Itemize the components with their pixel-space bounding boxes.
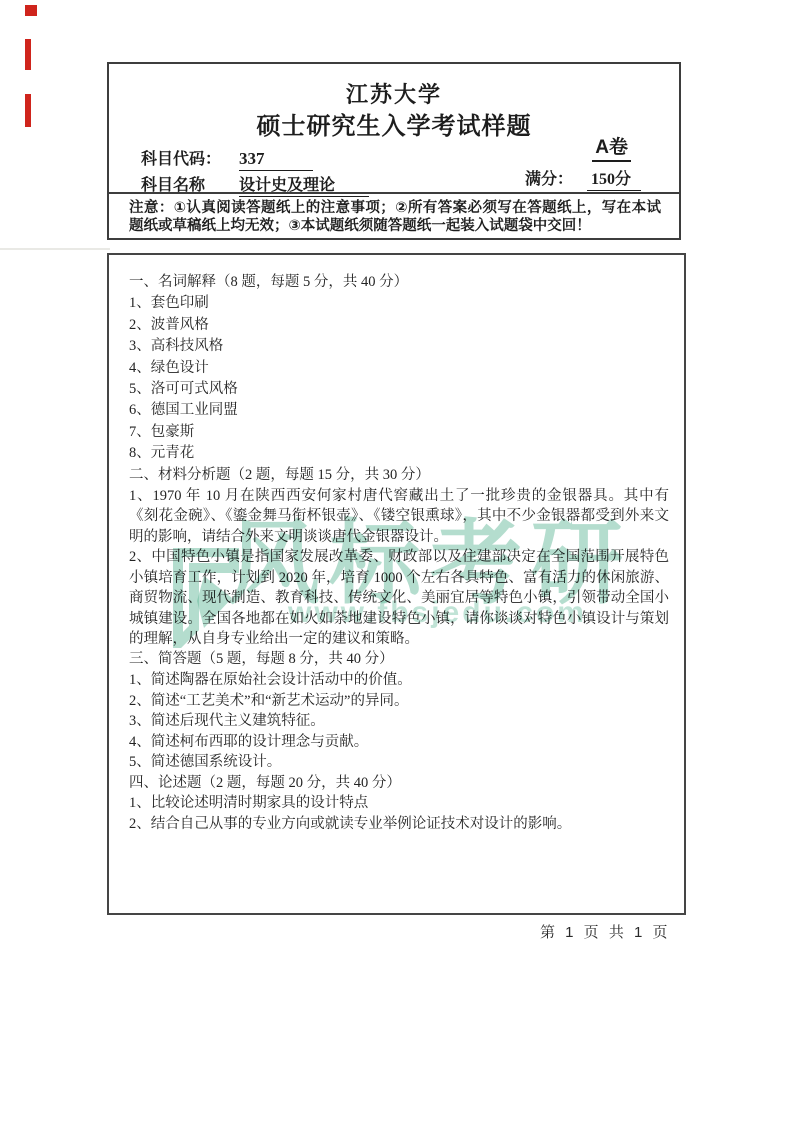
exam-header-box: 江苏大学 硕士研究生入学考试样题 A卷 科目代码：337 科目名称设计史及理论 …: [107, 62, 681, 240]
section-title: 一、名词解释（8 题，每题 5 分，共 40 分）: [129, 272, 669, 293]
question-item: 2、中国特色小镇是指国家发展改革委、财政部以及住建部决定在全国范围开展特色小镇培…: [129, 547, 669, 649]
question-content: 一、名词解释（8 题，每题 5 分，共 40 分） 1、套色印刷 2、波普风格 …: [109, 255, 684, 835]
question-item: 1、比较论述明清时期家具的设计特点: [129, 793, 669, 814]
section-title: 二、材料分析题（2 题，每题 15 分，共 30 分）: [129, 465, 669, 486]
question-item: 2、结合自己从事的专业方向或就读专业举例论证技术对设计的影响。: [129, 814, 669, 835]
question-item: 1、1970 年 10 月在陕西西安何家村唐代窖藏出土了一批珍贵的金银器具。其中…: [129, 486, 669, 547]
question-item: 1、简述陶器在原始社会设计活动中的价值。: [129, 670, 669, 691]
section-title: 四、论述题（2 题，每题 20 分，共 40 分）: [129, 773, 669, 794]
scan-artifact-red-bar-2: [25, 94, 31, 127]
question-item: 4、绿色设计: [129, 358, 669, 379]
scan-artifact-red-square: [25, 5, 37, 16]
paper-variant-badge: A卷: [592, 132, 631, 162]
full-score-row: 满分：150分: [525, 166, 641, 191]
exam-paper-page: 江苏大学 硕士研究生入学考试样题 A卷 科目代码：337 科目名称设计史及理论 …: [0, 0, 793, 1122]
question-item: 3、简述后现代主义建筑特征。: [129, 711, 669, 732]
question-item: 3、高科技风格: [129, 336, 669, 357]
subject-code-row: 科目代码：337: [141, 146, 313, 171]
section-title: 三、简答题（5 题，每题 8 分，共 40 分）: [129, 649, 669, 670]
subject-code-value: 337: [239, 149, 313, 171]
header-divider: [107, 192, 681, 194]
scan-artifact-gray-line: [0, 248, 110, 250]
scan-artifact-red-bar-1: [25, 39, 31, 70]
question-item: 6、德国工业同盟: [129, 400, 669, 421]
question-item: 5、洛可可式风格: [129, 379, 669, 400]
question-item: 2、波普风格: [129, 315, 669, 336]
subject-code-label: 科目代码：: [141, 146, 221, 169]
question-item: 2、简述“工艺美术”和“新艺术运动”的异同。: [129, 691, 669, 712]
question-item: 7、包豪斯: [129, 422, 669, 443]
question-item: 1、套色印刷: [129, 293, 669, 314]
question-item: 8、元青花: [129, 443, 669, 464]
question-item: 4、简述柯布西耶的设计理念与贡献。: [129, 732, 669, 753]
question-item: 5、简述德国系统设计。: [129, 752, 669, 773]
full-score-value: 150分: [587, 166, 641, 191]
full-score-label: 满分：: [525, 171, 573, 188]
notice-text: 注意：①认真阅读答题纸上的注意事项；②所有答案必须写在答题纸上，写在本试题纸或草…: [129, 200, 661, 235]
university-title: 江苏大学: [109, 78, 679, 109]
page-number-footer: 第 1 页 共 1 页: [540, 921, 671, 942]
question-body-box: 一、名词解释（8 题，每题 5 分，共 40 分） 1、套色印刷 2、波普风格 …: [107, 253, 686, 915]
